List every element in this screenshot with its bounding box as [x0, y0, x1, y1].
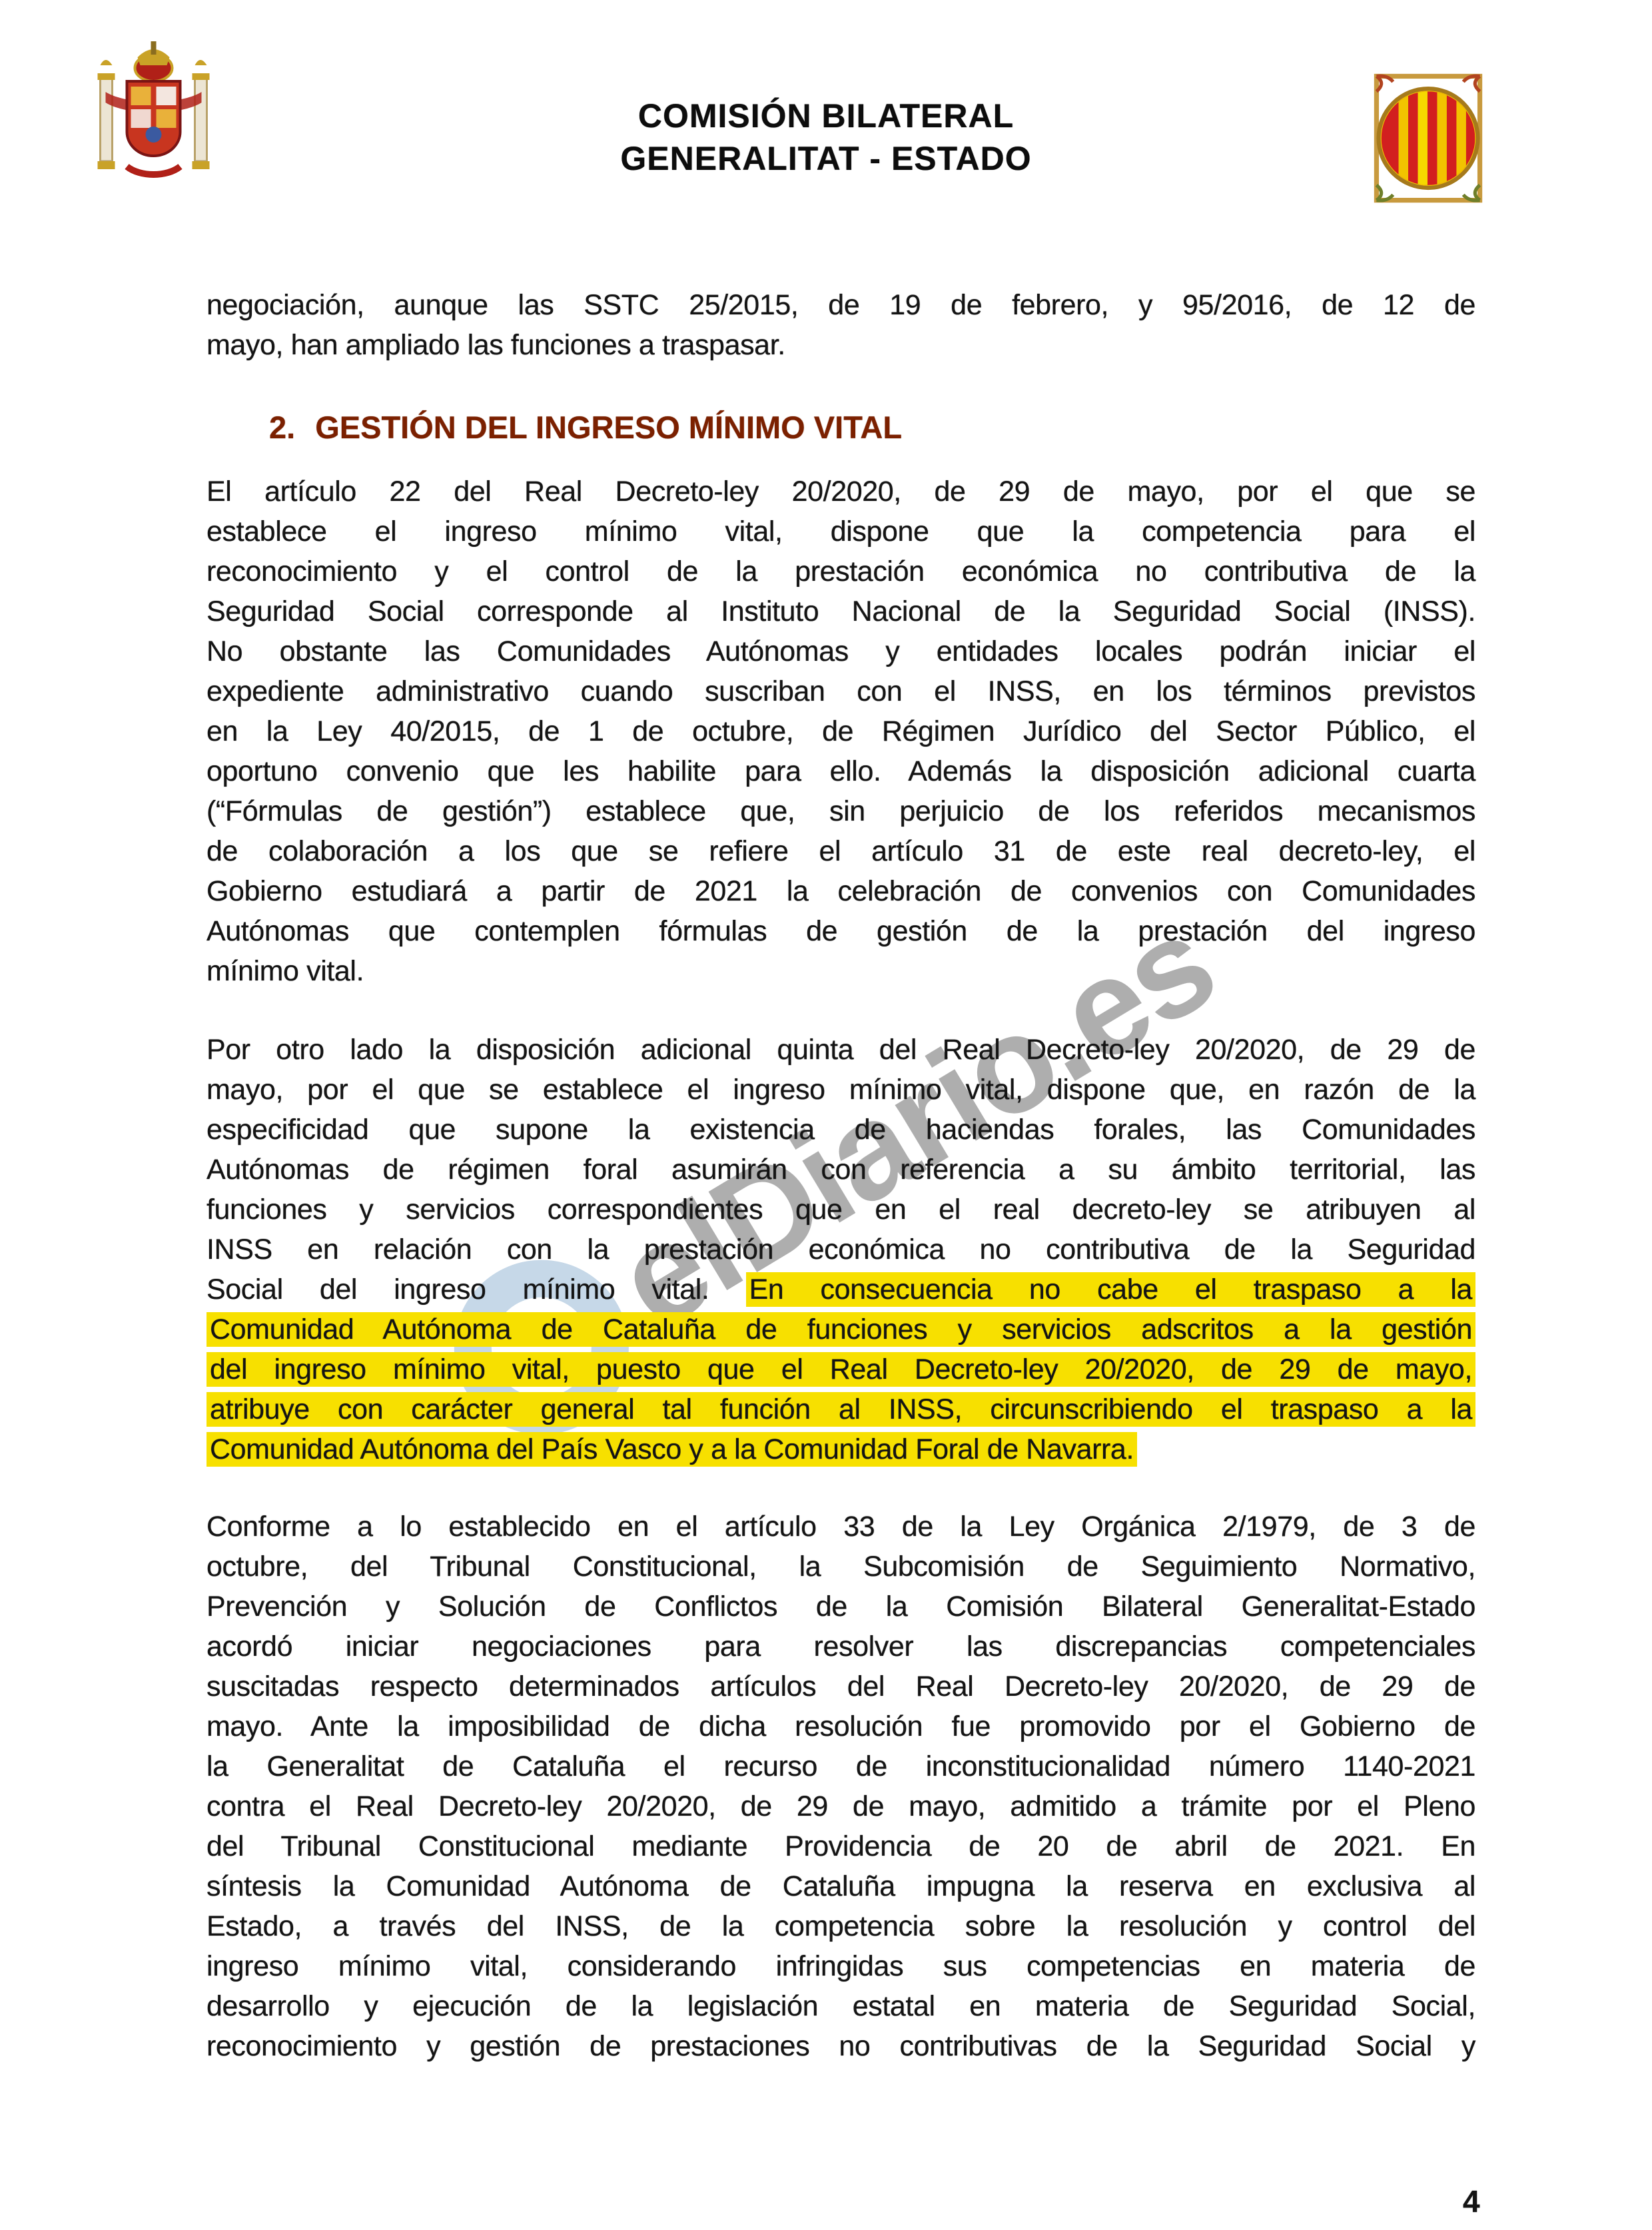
body-text: reconocimiento y gestión de prestaciones… — [206, 2030, 1475, 2062]
text-line: Prevención y Solución de Conflictos de l… — [206, 1587, 1475, 1627]
body-text: de colaboración a los que se refiere el … — [206, 835, 1475, 867]
body-text: desarrollo y ejecución de la legislación… — [206, 1990, 1475, 2022]
body-text: síntesis la Comunidad Autónoma de Catalu… — [206, 1870, 1475, 1902]
paragraph-3: Por otro lado la disposición adicional q… — [206, 1030, 1475, 1469]
body-text: INSS en relación con la prestación econó… — [206, 1234, 1475, 1266]
text-line: funciones y servicios correspondientes q… — [206, 1190, 1475, 1230]
text-line: contra el Real Decreto-ley 20/2020, de 2… — [206, 1786, 1475, 1826]
highlighted-text: Comunidad Autónoma del País Vasco y a la… — [206, 1432, 1137, 1467]
text-line: octubre, del Tribunal Constitucional, la… — [206, 1547, 1475, 1587]
text-line: ingreso mínimo vital, considerando infri… — [206, 1946, 1475, 1986]
text-line: Seguridad Social corresponde al Institut… — [206, 591, 1475, 631]
text-line: del Tribunal Constitucional mediante Pro… — [206, 1826, 1475, 1866]
section-number: 2. — [269, 408, 295, 448]
body-text: ingreso mínimo vital, considerando infri… — [206, 1950, 1475, 1982]
text-line: (“Fórmulas de gestión”) establece que, s… — [206, 791, 1475, 831]
body-text: mínimo vital. — [206, 955, 364, 987]
body-text: negociación, aunque las SSTC 25/2015, de… — [206, 289, 1475, 321]
text-line: Autónomas de régimen foral asumirán con … — [206, 1150, 1475, 1190]
text-line: del ingreso mínimo vital, puesto que el … — [206, 1349, 1475, 1389]
body-text: establece el ingreso mínimo vital, dispo… — [206, 516, 1475, 548]
body-text: expediente administrativo cuando suscrib… — [206, 675, 1475, 707]
body-text: Estado, a través del INSS, de la compete… — [206, 1910, 1475, 1942]
section-title: GESTIÓN DEL INGRESO MÍNIMO VITAL — [315, 408, 902, 448]
body-text: Seguridad Social corresponde al Institut… — [206, 595, 1475, 627]
text-line: mayo, han ampliado las funciones a trasp… — [206, 325, 1475, 365]
text-line: Conforme a lo establecido en el artículo… — [206, 1507, 1475, 1547]
body-text: acordó iniciar negociaciones para resolv… — [206, 1631, 1475, 1663]
text-line: expediente administrativo cuando suscrib… — [206, 671, 1475, 711]
text-line: reconocimiento y el control de la presta… — [206, 552, 1475, 591]
text-line: Autónomas que contemplen fórmulas de ges… — [206, 911, 1475, 951]
body-text: Social del ingreso mínimo vital. — [206, 1274, 746, 1305]
text-line: de colaboración a los que se refiere el … — [206, 831, 1475, 871]
body-text: Prevención y Solución de Conflictos de l… — [206, 1591, 1475, 1623]
text-line: especificidad que supone la existencia d… — [206, 1110, 1475, 1150]
body-text: Autónomas de régimen foral asumirán con … — [206, 1154, 1475, 1186]
text-line: mayo, por el que se establece el ingreso… — [206, 1070, 1475, 1110]
text-line: suscitadas respecto determinados artícul… — [206, 1667, 1475, 1706]
text-line: mayo. Ante la imposibilidad de dicha res… — [206, 1706, 1475, 1746]
body-text: El artículo 22 del Real Decreto-ley 20/2… — [206, 476, 1475, 508]
text-line: establece el ingreso mínimo vital, dispo… — [206, 512, 1475, 552]
body-text: No obstante las Comunidades Autónomas y … — [206, 635, 1475, 667]
text-line: Estado, a través del INSS, de la compete… — [206, 1906, 1475, 1946]
body-text: oportuno convenio que les habilite para … — [206, 755, 1475, 787]
text-line: Por otro lado la disposición adicional q… — [206, 1030, 1475, 1070]
text-line: mínimo vital. — [206, 951, 1475, 991]
body-text: octubre, del Tribunal Constitucional, la… — [206, 1551, 1475, 1583]
generalitat-emblem-icon — [1370, 67, 1487, 208]
paragraph-1: negociación, aunque las SSTC 25/2015, de… — [206, 285, 1475, 365]
body-text: suscitadas respecto determinados artícul… — [206, 1671, 1475, 1702]
text-line: Gobierno estudiará a partir de 2021 la c… — [206, 871, 1475, 911]
highlighted-text: atribuye con carácter general tal funció… — [206, 1392, 1475, 1427]
paragraph-2: El artículo 22 del Real Decreto-ley 20/2… — [206, 472, 1475, 991]
text-line: oportuno convenio que les habilite para … — [206, 751, 1475, 791]
text-line: reconocimiento y gestión de prestaciones… — [206, 2026, 1475, 2066]
body-text: Gobierno estudiará a partir de 2021 la c… — [206, 875, 1475, 907]
text-line: síntesis la Comunidad Autónoma de Catalu… — [206, 1866, 1475, 1906]
highlighted-text: En consecuencia no cabe el traspaso a la — [746, 1272, 1475, 1307]
body-text: funciones y servicios correspondientes q… — [206, 1194, 1475, 1226]
text-line: negociación, aunque las SSTC 25/2015, de… — [206, 285, 1475, 325]
highlighted-text: Comunidad Autónoma de Cataluña de funcio… — [206, 1312, 1475, 1347]
text-line: Social del ingreso mínimo vital. En cons… — [206, 1270, 1475, 1309]
body-text: reconocimiento y el control de la presta… — [206, 556, 1475, 587]
section-heading: 2. GESTIÓN DEL INGRESO MÍNIMO VITAL — [269, 408, 902, 448]
text-line: Comunidad Autónoma del País Vasco y a la… — [206, 1429, 1475, 1469]
text-line: Comunidad Autónoma de Cataluña de funcio… — [206, 1309, 1475, 1349]
text-line: El artículo 22 del Real Decreto-ley 20/2… — [206, 472, 1475, 512]
page-number: 4 — [1463, 2183, 1480, 2219]
body-text: mayo. Ante la imposibilidad de dicha res… — [206, 1710, 1475, 1742]
highlighted-text: del ingreso mínimo vital, puesto que el … — [206, 1352, 1475, 1387]
body-text: Conforme a lo establecido en el artículo… — [206, 1511, 1475, 1543]
body-text: mayo, han ampliado las funciones a trasp… — [206, 329, 785, 361]
text-line: la Generalitat de Cataluña el recurso de… — [206, 1746, 1475, 1786]
body-text: Autónomas que contemplen fórmulas de ges… — [206, 915, 1475, 947]
body-text: Por otro lado la disposición adicional q… — [206, 1034, 1475, 1066]
body-text: del Tribunal Constitucional mediante Pro… — [206, 1830, 1475, 1862]
body-text: especificidad que supone la existencia d… — [206, 1114, 1475, 1146]
text-line: desarrollo y ejecución de la legislación… — [206, 1986, 1475, 2026]
scanned-document-page: elDiario.es COMISIÓN BILATE — [0, 0, 1652, 2230]
text-line: No obstante las Comunidades Autónomas y … — [206, 631, 1475, 671]
body-text: mayo, por el que se establece el ingreso… — [206, 1074, 1475, 1106]
body-text: (“Fórmulas de gestión”) establece que, s… — [206, 795, 1475, 827]
body-text: en la Ley 40/2015, de 1 de octubre, de R… — [206, 715, 1475, 747]
text-line: en la Ley 40/2015, de 1 de octubre, de R… — [206, 711, 1475, 751]
body-text: la Generalitat de Cataluña el recurso de… — [206, 1750, 1475, 1782]
text-line: atribuye con carácter general tal funció… — [206, 1389, 1475, 1429]
text-line: INSS en relación con la prestación econó… — [206, 1230, 1475, 1270]
body-text: contra el Real Decreto-ley 20/2020, de 2… — [206, 1790, 1475, 1822]
paragraph-4: Conforme a lo establecido en el artículo… — [206, 1507, 1475, 2066]
text-line: acordó iniciar negociaciones para resolv… — [206, 1627, 1475, 1667]
